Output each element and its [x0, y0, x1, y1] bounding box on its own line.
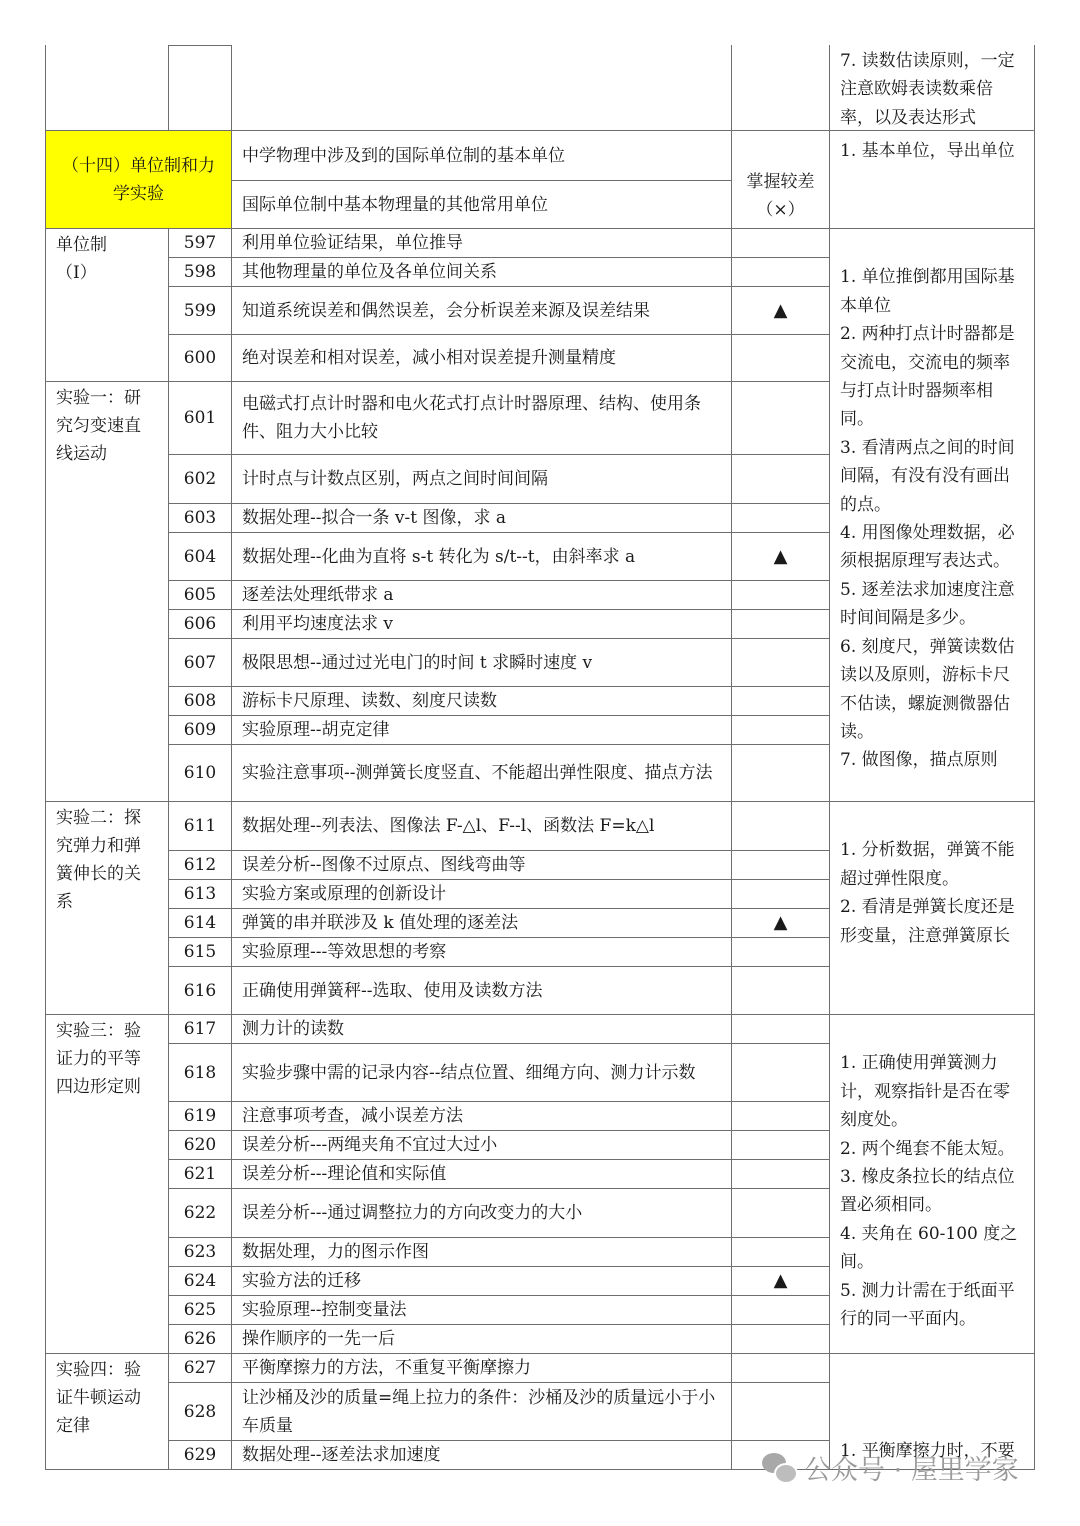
item-mark [731, 609, 830, 639]
notes-group-2: 1. 分析数据，弹簧不能超过弹性限度。 2. 看清是弹簧长度还是形变量，注意弹簧… [829, 801, 1035, 1015]
mastery-label: 掌握较差（×） [742, 168, 819, 224]
item-id: 628 [168, 1382, 232, 1441]
item-id-text: 614 [184, 909, 216, 937]
item-id-text: 597 [184, 229, 216, 257]
item-mark [731, 1295, 830, 1325]
item-id: 627 [168, 1353, 232, 1383]
item-id: 620 [168, 1130, 232, 1160]
group-label: 实验一：研究匀变速直线运动 [56, 384, 156, 468]
item-id-text: 606 [184, 610, 216, 638]
item-id-text: 628 [184, 1398, 216, 1426]
item-id: 606 [168, 609, 232, 639]
group-experiment-4: 实验三：验证力的平等四边形定则 实验四：验证牛顿运动定律 [45, 1353, 169, 1470]
item-id: 600 [168, 334, 232, 382]
item-id-text: 625 [184, 1296, 216, 1324]
prev-content-cell [231, 45, 732, 131]
item-mark [731, 638, 830, 687]
item-mark: ▲ [731, 532, 830, 581]
item-content: 极限思想--通过过光电门的时间 t 求瞬时速度 v [231, 638, 732, 687]
item-content-text: 误差分析---两绳夹角不宜过大过小 [242, 1131, 497, 1159]
prev-mark-cell [731, 45, 830, 131]
item-content-text: 弹簧的串并联涉及 k 值处理的逐差法 [242, 909, 518, 937]
item-mark [731, 454, 830, 504]
item-content-text: 实验步骤中需的记录内容--结点位置、细绳方向、测力计示数 [242, 1059, 696, 1087]
item-id: 614 [168, 908, 232, 938]
item-content: 实验方法的迁移 [231, 1266, 732, 1296]
item-id-text: 620 [184, 1131, 216, 1159]
item-content-text: 计时点与计数点区别，两点之间时间间隔 [242, 465, 548, 493]
item-id-text: 612 [184, 851, 216, 879]
item-id-text: 602 [184, 465, 216, 493]
item-id: 599 [168, 286, 232, 335]
item-id-text: 605 [184, 581, 216, 609]
item-content: 数据处理--逐差法求加速度 [231, 1440, 732, 1470]
item-content: 实验注意事项--测弹簧长度竖直、不能超出弹性限度、描点方法 [231, 744, 732, 802]
prev-id-cell [168, 45, 232, 131]
item-mark [731, 1159, 830, 1189]
item-content-text: 误差分析---通过调整拉力的方向改变力的大小 [242, 1199, 582, 1227]
item-id: 610 [168, 744, 232, 802]
item-id: 615 [168, 937, 232, 967]
item-id-text: 624 [184, 1267, 216, 1295]
watermark-text: 公众号 · 屋里学家 [804, 1448, 1019, 1487]
prev-group-cell [45, 45, 169, 131]
item-id-text: 615 [184, 938, 216, 966]
group-experiment-3: 实验三：验证力的平等四边形定则 [45, 1014, 169, 1354]
item-id: 618 [168, 1043, 232, 1102]
item-id: 625 [168, 1295, 232, 1325]
item-mark: ▲ [731, 1266, 830, 1296]
item-mark [731, 937, 830, 967]
item-content-text: 平衡摩擦力的方法，不重复平衡摩擦力 [242, 1354, 531, 1382]
item-mark [731, 1353, 830, 1383]
item-content: 实验步骤中需的记录内容--结点位置、细绳方向、测力计示数 [231, 1043, 732, 1102]
item-id-text: 613 [184, 880, 216, 908]
item-content: 电磁式打点计时器和电火花式打点计时器原理、结构、使用条件、阻力大小比较 [231, 381, 732, 455]
notes-text: 1. 分析数据，弹簧不能超过弹性限度。 2. 看清是弹簧长度还是形变量，注意弹簧… [840, 840, 1015, 945]
item-mark [731, 1324, 830, 1354]
item-mark [731, 1382, 830, 1441]
item-content: 实验原理--胡克定律 [231, 715, 732, 745]
item-content-text: 逐差法处理纸带求 a [242, 581, 394, 609]
section-item-1: 中学物理中涉及到的国际单位制的基本单位 [231, 130, 732, 181]
item-content-text: 实验方法的迁移 [242, 1267, 361, 1295]
item-content-text: 误差分析--图像不过原点、图线弯曲等 [242, 851, 526, 879]
item-content-text: 实验方案或原理的创新设计 [242, 880, 446, 908]
item-content: 让沙桶及沙的质量=绳上拉力的条件：沙桶及沙的质量远小于小车质量 [231, 1382, 732, 1441]
item-mark [731, 580, 830, 610]
item-id: 617 [168, 1014, 232, 1044]
notes-group-3: 1. 正确使用弹簧测力计，观察指针是否在零刻度处。 2. 两个绳套不能太短。 3… [829, 1014, 1035, 1354]
item-id-text: 608 [184, 687, 216, 715]
item-content: 误差分析---理论值和实际值 [231, 1159, 732, 1189]
item-content-text: 正确使用弹簧秤--选取、使用及读数方法 [242, 977, 543, 1005]
item-id-text: 616 [184, 977, 216, 1005]
item-id: 602 [168, 454, 232, 504]
item-content: 实验方案或原理的创新设计 [231, 879, 732, 909]
group-label: 实验三：验证力的平等四边形定则 [56, 1017, 156, 1101]
item-id-text: 609 [184, 716, 216, 744]
item-id: 605 [168, 580, 232, 610]
item-id-text: 622 [184, 1199, 216, 1227]
item-content-text: 电磁式打点计时器和电火花式打点计时器原理、结构、使用条件、阻力大小比较 [242, 390, 723, 446]
item-id: 623 [168, 1237, 232, 1267]
item-id: 612 [168, 850, 232, 880]
item-content-text: 实验原理---等效思想的考察 [242, 938, 446, 966]
item-mark [731, 257, 830, 287]
item-content: 数据处理--拟合一条 v-t 图像，求 a [231, 503, 732, 533]
item-id-text: 601 [184, 404, 216, 432]
item-id-text: 629 [184, 1441, 216, 1469]
item-mark: ▲ [731, 286, 830, 335]
group-label: 实验二：探究弹力和弹簧伸长的关系 [56, 804, 156, 916]
item-mark [731, 1014, 830, 1044]
item-content: 游标卡尺原理、读数、刻度尺读数 [231, 686, 732, 716]
item-content: 误差分析--图像不过原点、图线弯曲等 [231, 850, 732, 880]
section-note-cell: 1. 基本单位，导出单位 [829, 130, 1035, 229]
group-unit-system: 单位制（Ⅰ） [45, 228, 169, 382]
item-mark [731, 715, 830, 745]
item-mark [731, 334, 830, 382]
item-content: 误差分析---通过调整拉力的方向改变力的大小 [231, 1188, 732, 1238]
notes-text: 1. 单位推倒都用国际基本单位 2. 两种打点计时器都是交流电，交流电的频率与打… [840, 267, 1015, 770]
item-content-text: 注意事项考查，减小误差方法 [242, 1102, 463, 1130]
item-content: 正确使用弹簧秤--选取、使用及读数方法 [231, 966, 732, 1015]
item-content-text: 游标卡尺原理、读数、刻度尺读数 [242, 687, 497, 715]
item-mark [731, 744, 830, 802]
notes-text: 1. 正确使用弹簧测力计，观察指针是否在零刻度处。 2. 两个绳套不能太短。 3… [840, 1053, 1017, 1329]
item-id-text: 619 [184, 1102, 216, 1130]
item-content: 实验原理---等效思想的考察 [231, 937, 732, 967]
item-id-text: 618 [184, 1059, 216, 1087]
item-id: 609 [168, 715, 232, 745]
item-content: 注意事项考查，减小误差方法 [231, 1101, 732, 1131]
item-id: 621 [168, 1159, 232, 1189]
item-content-text: 极限思想--通过过光电门的时间 t 求瞬时速度 v [242, 649, 592, 677]
section-title-cell: （十四）单位制和力学实验 [45, 130, 232, 229]
item-mark: ▲ [731, 908, 830, 938]
item-content-text: 其他物理量的单位及各单位间关系 [242, 258, 497, 286]
item-id: 603 [168, 503, 232, 533]
item-id: 598 [168, 257, 232, 287]
item-id-text: 598 [184, 258, 216, 286]
item-content: 其他物理量的单位及各单位间关系 [231, 257, 732, 287]
item-mark-text: ▲ [774, 297, 788, 325]
item-id-text: 617 [184, 1015, 216, 1043]
item-content: 误差分析---两绳夹角不宜过大过小 [231, 1130, 732, 1160]
item-content-text: 知道系统误差和偶然误差，会分析误差来源及误差结果 [242, 297, 650, 325]
item-mark [731, 228, 830, 258]
item-mark-text: ▲ [774, 1267, 788, 1295]
item-id-text: 603 [184, 504, 216, 532]
item-content: 平衡摩擦力的方法，不重复平衡摩擦力 [231, 1353, 732, 1383]
group-label: 实验四：验证牛顿运动定律 [56, 1356, 156, 1440]
group-label: 单位制（Ⅰ） [56, 231, 126, 287]
item-mark [731, 1130, 830, 1160]
item-id: 624 [168, 1266, 232, 1296]
item-content-text: 数据处理--化曲为直将 s-t 转化为 s/t--t，由斜率求 a [242, 543, 635, 571]
item-content: 测力计的读数 [231, 1014, 732, 1044]
item-mark [731, 686, 830, 716]
section-item-text: 中学物理中涉及到的国际单位制的基本单位 [242, 142, 565, 170]
item-content: 绝对误差和相对误差，减小相对误差提升测量精度 [231, 334, 732, 382]
section-item-text: 国际单位制中基本物理量的其他常用单位 [242, 191, 548, 219]
item-content-text: 实验原理--胡克定律 [242, 716, 390, 744]
item-content-text: 利用平均速度法求 v [242, 610, 393, 638]
item-id-text: 627 [184, 1354, 216, 1382]
item-mark [731, 1237, 830, 1267]
item-id-text: 604 [184, 543, 216, 571]
section-note: 1. 基本单位，导出单位 [840, 141, 1015, 161]
group-experiment-1: 实验一：研究匀变速直线运动 [45, 381, 169, 802]
item-content: 数据处理--化曲为直将 s-t 转化为 s/t--t，由斜率求 a [231, 532, 732, 581]
item-mark [731, 850, 830, 880]
item-content-text: 操作顺序的一先一后 [242, 1325, 395, 1353]
notes-group-1: 1. 单位推倒都用国际基本单位 2. 两种打点计时器都是交流电，交流电的频率与打… [829, 228, 1035, 802]
item-id: 601 [168, 381, 232, 455]
item-mark [731, 1101, 830, 1131]
item-id: 629 [168, 1440, 232, 1470]
item-mark [731, 1043, 830, 1102]
item-id: 607 [168, 638, 232, 687]
item-content-text: 数据处理--拟合一条 v-t 图像，求 a [242, 504, 506, 532]
section-title: （十四）单位制和力学实验 [56, 152, 221, 208]
item-content-text: 数据处理--列表法、图像法 F-△l、F--l、函数法 F=k△l [242, 812, 654, 840]
wechat-icon [762, 1453, 796, 1483]
item-mark [731, 381, 830, 455]
item-mark-text: ▲ [774, 909, 788, 937]
item-mark [731, 879, 830, 909]
item-content: 利用单位验证结果，单位推导 [231, 228, 732, 258]
item-content: 弹簧的串并联涉及 k 值处理的逐差法 [231, 908, 732, 938]
group-experiment-2: 实验二：探究弹力和弹簧伸长的关系 [45, 801, 169, 1015]
item-content-text: 绝对误差和相对误差，减小相对误差提升测量精度 [242, 344, 616, 372]
item-content-text: 误差分析---理论值和实际值 [242, 1160, 446, 1188]
watermark: 公众号 · 屋里学家 [762, 1448, 1019, 1487]
item-id-text: 621 [184, 1160, 216, 1188]
item-id: 619 [168, 1101, 232, 1131]
item-content: 操作顺序的一先一后 [231, 1324, 732, 1354]
item-id-text: 626 [184, 1325, 216, 1353]
item-mark [731, 966, 830, 1015]
prev-note-cell: 7. 读数估读原则，一定注意欧姆表读数乘倍率，以及表达形式 [829, 45, 1035, 131]
item-id: 616 [168, 966, 232, 1015]
item-mark-text: ▲ [774, 543, 788, 571]
item-id: 626 [168, 1324, 232, 1354]
item-id: 608 [168, 686, 232, 716]
item-content-text: 数据处理--逐差法求加速度 [242, 1441, 441, 1469]
item-content: 知道系统误差和偶然误差，会分析误差来源及误差结果 [231, 286, 732, 335]
mastery-cell: 掌握较差（×） [731, 130, 830, 229]
item-id: 604 [168, 532, 232, 581]
item-id-text: 600 [184, 344, 216, 372]
item-content: 数据处理，力的图示作图 [231, 1237, 732, 1267]
item-content-text: 让沙桶及沙的质量=绳上拉力的条件：沙桶及沙的质量远小于小车质量 [242, 1384, 723, 1440]
item-id-text: 623 [184, 1238, 216, 1266]
item-mark [731, 801, 830, 851]
item-id-text: 599 [184, 297, 216, 325]
section-item-2: 国际单位制中基本物理量的其他常用单位 [231, 180, 732, 229]
item-id-text: 611 [184, 812, 216, 840]
item-content-text: 实验注意事项--测弹簧长度竖直、不能超出弹性限度、描点方法 [242, 759, 713, 787]
item-id: 613 [168, 879, 232, 909]
prev-note-text: 7. 读数估读原则，一定注意欧姆表读数乘倍率，以及表达形式 [840, 51, 1015, 128]
item-content-text: 测力计的读数 [242, 1015, 344, 1043]
item-id: 597 [168, 228, 232, 258]
item-id-text: 610 [184, 759, 216, 787]
item-id: 622 [168, 1188, 232, 1238]
item-content: 实验原理--控制变量法 [231, 1295, 732, 1325]
item-mark [731, 503, 830, 533]
item-content-text: 数据处理，力的图示作图 [242, 1238, 429, 1266]
item-mark [731, 1188, 830, 1238]
item-id-text: 607 [184, 649, 216, 677]
item-content-text: 实验原理--控制变量法 [242, 1296, 407, 1324]
item-content: 利用平均速度法求 v [231, 609, 732, 639]
item-content-text: 利用单位验证结果，单位推导 [242, 229, 463, 257]
item-content: 逐差法处理纸带求 a [231, 580, 732, 610]
item-id: 611 [168, 801, 232, 851]
item-content: 计时点与计数点区别，两点之间时间间隔 [231, 454, 732, 504]
item-content: 数据处理--列表法、图像法 F-△l、F--l、函数法 F=k△l [231, 801, 732, 851]
